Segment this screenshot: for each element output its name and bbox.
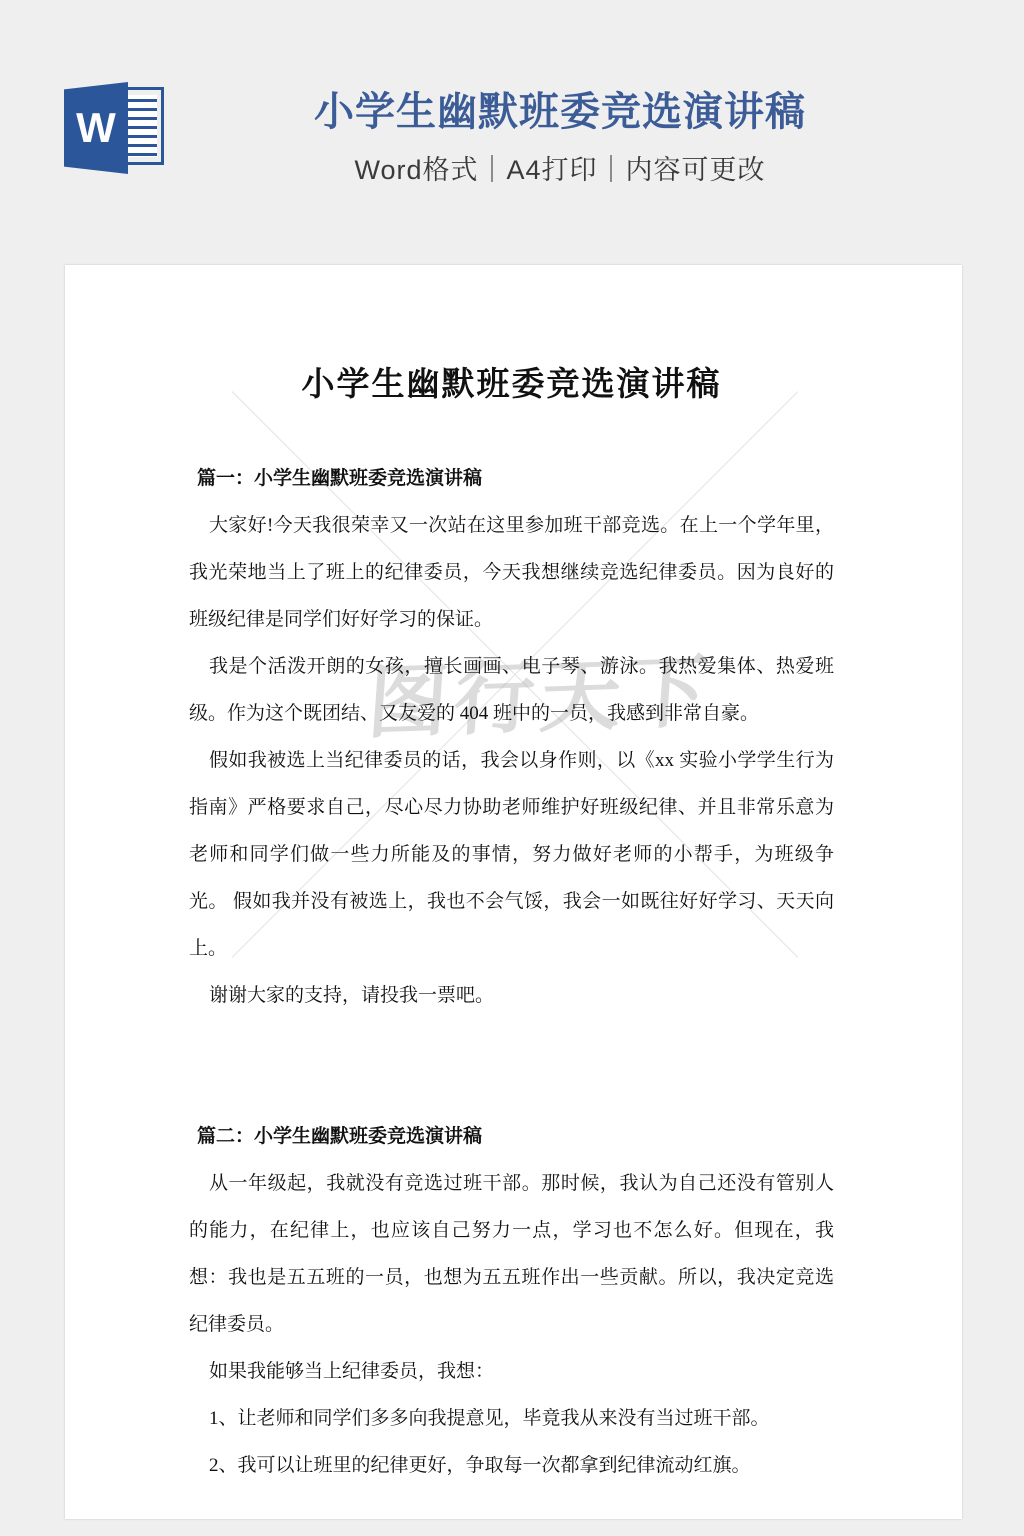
paragraph: 2、我可以让班里的纪律更好，争取每一次都拿到纪律流动红旗。 [189, 1442, 834, 1489]
section-heading: 篇一：小学生幽默班委竞选演讲稿 [189, 455, 834, 502]
section-heading: 篇二：小学生幽默班委竞选演讲稿 [189, 1113, 834, 1160]
paragraph: 我是个活泼开朗的女孩，擅长画画、电子琴、游泳。我热爱集体、热爱班级。作为这个既团… [189, 643, 834, 737]
paragraph: 从一年级起，我就没有竞选过班干部。那时候，我认为自己还没有管别人的能力，在纪律上… [189, 1160, 834, 1348]
paragraph: 大家好!今天我很荣幸又一次站在这里参加班干部竞选。在上一个学年里，我光荣地当上了… [189, 502, 834, 643]
word-icon-fold: W [64, 82, 128, 174]
document-page: 图行天下 小学生幽默班委竞选演讲稿 篇一：小学生幽默班委竞选演讲稿大家好!今天我… [65, 265, 962, 1519]
template-subtitle: Word格式｜A4打印｜内容可更改 [190, 150, 930, 190]
word-icon-letter: W [76, 104, 116, 152]
header: W 小学生幽默班委竞选演讲稿 Word格式｜A4打印｜内容可更改 [0, 0, 1024, 230]
paragraph: 谢谢大家的支持，请投我一票吧。 [189, 972, 834, 1019]
document-title: 小学生幽默班委竞选演讲稿 [189, 363, 834, 407]
template-title: 小学生幽默班委竞选演讲稿 [190, 86, 930, 138]
paragraph: 假如我被选上当纪律委员的话，我会以身作则，以《xx 实验小学学生行为指南》严格要… [189, 737, 834, 972]
header-text: 小学生幽默班委竞选演讲稿 Word格式｜A4打印｜内容可更改 [190, 86, 930, 190]
document-content: 小学生幽默班委竞选演讲稿 篇一：小学生幽默班委竞选演讲稿大家好!今天我很荣幸又一… [65, 363, 962, 1489]
document-body: 篇一：小学生幽默班委竞选演讲稿大家好!今天我很荣幸又一次站在这里参加班干部竞选。… [189, 455, 834, 1489]
word-file-icon: W [64, 82, 168, 174]
paragraph: 如果我能够当上纪律委员，我想： [189, 1348, 834, 1395]
preview-screen: { "background_color": "#efefef", "header… [0, 0, 1024, 1536]
paragraph: 1、让老师和同学们多多向我提意见，毕竟我从来没有当过班干部。 [189, 1395, 834, 1442]
